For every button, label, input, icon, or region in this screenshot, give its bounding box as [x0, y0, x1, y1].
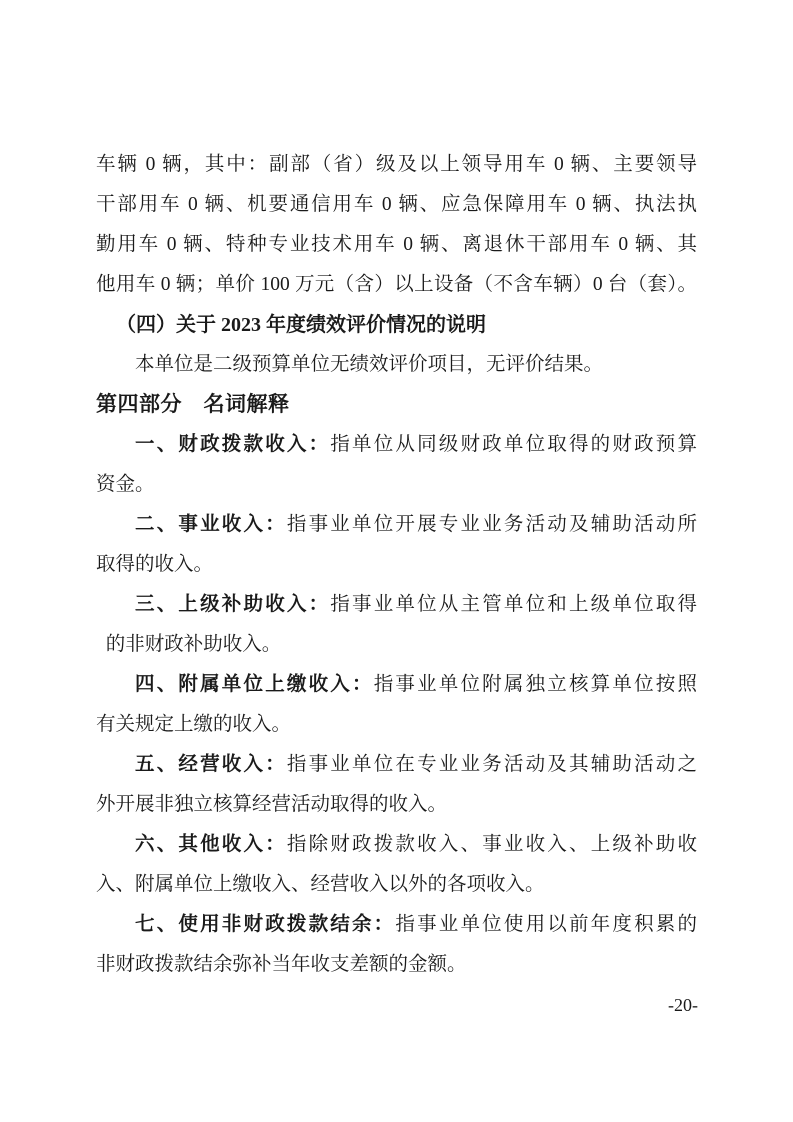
term-label: 七、使用非财政拨款结余： [135, 914, 395, 935]
term-definition-line: 入、附属单位上缴收入、经营收入以外的各项收入。 [96, 865, 697, 905]
term-definition-line: 取得的收入。 [96, 545, 697, 585]
text-run: 入、附属单位上缴收入、经营收入以外的各项收入。 [96, 874, 545, 895]
text-run: 指除财政拨款收入、事业收入、上级补助收 [287, 834, 697, 855]
term-label: 三、上级补助收入： [135, 594, 330, 615]
text-block: 车辆 0 辆，其中：副部（省）级及以上领导用车 0 辆、主要领导干部用车 0 辆… [96, 145, 697, 985]
term-label: 五、经营收入： [135, 754, 287, 775]
text-run: 他用车 0 辆；单价 100 万元（含）以上设备（不含车辆）0 台（套）。 [96, 274, 697, 295]
document-page: 车辆 0 辆，其中：副部（省）级及以上领导用车 0 辆、主要领导干部用车 0 辆… [0, 0, 793, 1122]
term-definition-line: 三、上级补助收入：指事业单位从主管单位和上级单位取得 [96, 585, 697, 625]
term-definition-line: 五、经营收入：指事业单位在专业业务活动及其辅助活动之 [96, 745, 697, 785]
text-run: 取得的收入。 [96, 554, 213, 575]
para-vehicles-line: 车辆 0 辆，其中：副部（省）级及以上领导用车 0 辆、主要领导 [96, 145, 697, 185]
term-label: 四、附属单位上缴收入： [135, 674, 374, 695]
term-label: 一、财政拨款收入： [135, 434, 330, 455]
term-definition-line: 四、附属单位上缴收入：指事业单位附属独立核算单位按照 [96, 665, 697, 705]
text-run: 干部用车 0 辆、机要通信用车 0 辆、应急保障用车 0 辆、执法执 [96, 194, 697, 215]
text-run: 指事业单位从主管单位和上级单位取得 [330, 594, 697, 615]
term-definition-line: 非财政拨款结余弥补当年收支差额的金额。 [96, 945, 697, 985]
term-definition-line: 六、其他收入：指除财政拨款收入、事业收入、上级补助收 [96, 825, 697, 865]
text-run: 指事业单位附属独立核算单位按照 [374, 674, 697, 695]
text-run: 非财政拨款结余弥补当年收支差额的金额。 [96, 954, 467, 975]
text-run: 指事业单位开展专业业务活动及辅助活动所 [287, 514, 697, 535]
term-definition-line: 一、财政拨款收入：指单位从同级财政单位取得的财政预算 [96, 425, 697, 465]
text-run: 车辆 0 辆，其中：副部（省）级及以上领导用车 0 辆、主要领导 [96, 154, 697, 175]
term-definition-line: 七、使用非财政拨款结余：指事业单位使用以前年度积累的 [96, 905, 697, 945]
heading-section-4: （四）关于 2023 年度绩效评价情况的说明 [96, 305, 697, 345]
para-vehicles-line: 勤用车 0 辆、特种专业技术用车 0 辆、离退休干部用车 0 辆、其 [96, 225, 697, 265]
heading-part-4: 第四部分 名词解释 [96, 385, 697, 425]
page-number: -20- [668, 985, 698, 1025]
term-definition-line: 有关规定上缴的收入。 [96, 705, 697, 745]
term-definition-line: 资金。 [96, 465, 697, 505]
para-performance-evaluation: 本单位是二级预算单位无绩效评价项目，无评价结果。 [96, 345, 697, 385]
text-run: 有关规定上缴的收入。 [96, 714, 291, 735]
text-run: 的非财政补助收入。 [106, 634, 282, 655]
text-run: 本单位是二级预算单位无绩效评价项目，无评价结果。 [135, 354, 603, 375]
text-run: 勤用车 0 辆、特种专业技术用车 0 辆、离退休干部用车 0 辆、其 [96, 234, 697, 255]
text-run: 资金。 [96, 474, 155, 495]
term-label: 二、事业收入： [135, 514, 287, 535]
term-label: 第四部分 名词解释 [96, 393, 290, 416]
term-label: 六、其他收入： [135, 834, 287, 855]
term-label: （四）关于 2023 年度绩效评价情况的说明 [116, 314, 486, 336]
para-vehicles-line: 他用车 0 辆；单价 100 万元（含）以上设备（不含车辆）0 台（套）。 [96, 265, 697, 305]
term-definition-line: 二、事业收入：指事业单位开展专业业务活动及辅助活动所 [96, 505, 697, 545]
text-run: 指事业单位使用以前年度积累的 [395, 914, 697, 935]
text-run: 指单位从同级财政单位取得的财政预算 [330, 434, 697, 455]
term-definition-line: 外开展非独立核算经营活动取得的收入。 [96, 785, 697, 825]
term-definition-line: 的非财政补助收入。 [96, 625, 697, 665]
text-run: 外开展非独立核算经营活动取得的收入。 [96, 794, 447, 815]
para-vehicles-line: 干部用车 0 辆、机要通信用车 0 辆、应急保障用车 0 辆、执法执 [96, 185, 697, 225]
text-run: 指事业单位在专业业务活动及其辅助活动之 [287, 754, 697, 775]
